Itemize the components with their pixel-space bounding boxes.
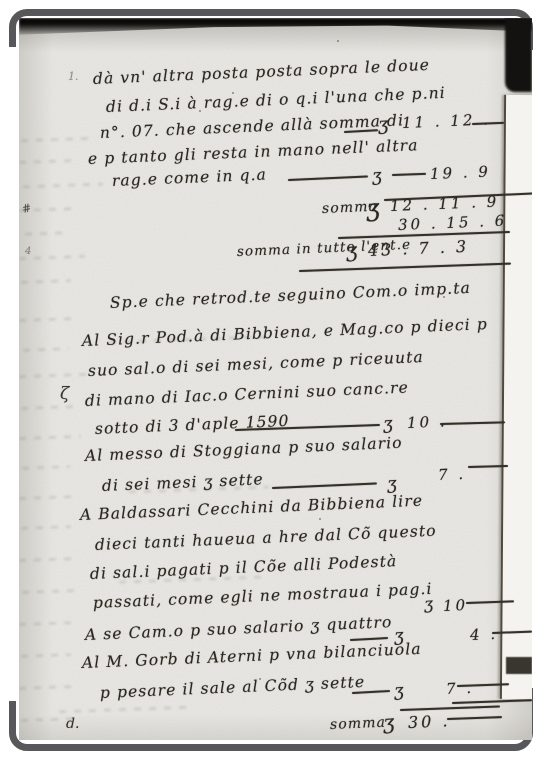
- amount-value: 19 . 9: [430, 164, 492, 182]
- bleedthrough-streak: [23, 347, 69, 352]
- bleedthrough-streak: [19, 495, 77, 500]
- bleedthrough-streak: [19, 557, 79, 562]
- amount-value: 11 . 12 .: [402, 112, 492, 131]
- bleedthrough-streak: [19, 435, 81, 440]
- margin-mark: d.: [66, 716, 79, 732]
- frame-gap-left: [4, 47, 20, 701]
- binding-shadow: [505, 18, 532, 92]
- amount-value: 7 .: [446, 681, 475, 697]
- bleedthrough-streak: [19, 621, 77, 626]
- lira-sign: ʒ: [423, 594, 433, 614]
- ink-speck: [337, 40, 339, 42]
- lira-sign: ʒ: [377, 114, 389, 136]
- bleedthrough-streak: [19, 159, 74, 164]
- margin-mark: 1.: [68, 70, 79, 83]
- bleedthrough-streak: [21, 405, 75, 410]
- manuscript-page: J s 3 s z dà vn' altra posta posta sopra…: [0, 0, 542, 760]
- lira-sign: ʒ: [393, 681, 404, 702]
- bleedthrough-streak: [21, 137, 91, 142]
- lira-sign: ʒ: [386, 474, 397, 495]
- amount-value: 10 .: [407, 414, 448, 431]
- bleedthrough-streak: [21, 279, 71, 284]
- ink-speck: [319, 518, 321, 520]
- bleedthrough-streak: [19, 317, 77, 322]
- lira-sign: ʒ: [382, 710, 395, 735]
- bleedthrough-streak: [59, 706, 189, 714]
- bleedthrough-streak: [22, 589, 74, 594]
- bleedthrough-streak: [21, 653, 71, 658]
- bleedthrough-streak: [23, 183, 103, 189]
- lira-sign: ʒ: [345, 238, 358, 263]
- margin-mark: 4: [25, 246, 31, 257]
- bleedthrough-streak: [25, 231, 67, 235]
- amount-value: 10: [443, 598, 469, 614]
- scanned-paper: J s 3 s z dà vn' altra posta posta sopra…: [19, 18, 532, 740]
- bleedthrough-streak: [21, 525, 71, 530]
- total-value: 43 . 7 . 3: [368, 239, 470, 259]
- grand-total-value: 30 .: [408, 713, 451, 731]
- amount-value: 7 .: [438, 467, 467, 483]
- amount-value: 4 .: [470, 627, 499, 643]
- grand-total-label: somma: [330, 716, 387, 732]
- sum-value: 12 . 11 . 9: [390, 194, 500, 214]
- lira-sign: ʒ: [371, 166, 382, 187]
- bleedthrough-streak: [22, 465, 70, 470]
- bleedthrough-streak: [19, 373, 89, 378]
- lira-sign: ʒ: [382, 414, 393, 435]
- next-page-sliver: [500, 95, 532, 699]
- lira-sign: ʒ: [365, 194, 380, 223]
- next-page-corner-notch: [506, 657, 532, 674]
- bleedthrough-streak: [19, 685, 75, 690]
- sum-value: 30 . 15 . 6: [398, 213, 508, 233]
- margin-mark: ζ: [60, 384, 69, 404]
